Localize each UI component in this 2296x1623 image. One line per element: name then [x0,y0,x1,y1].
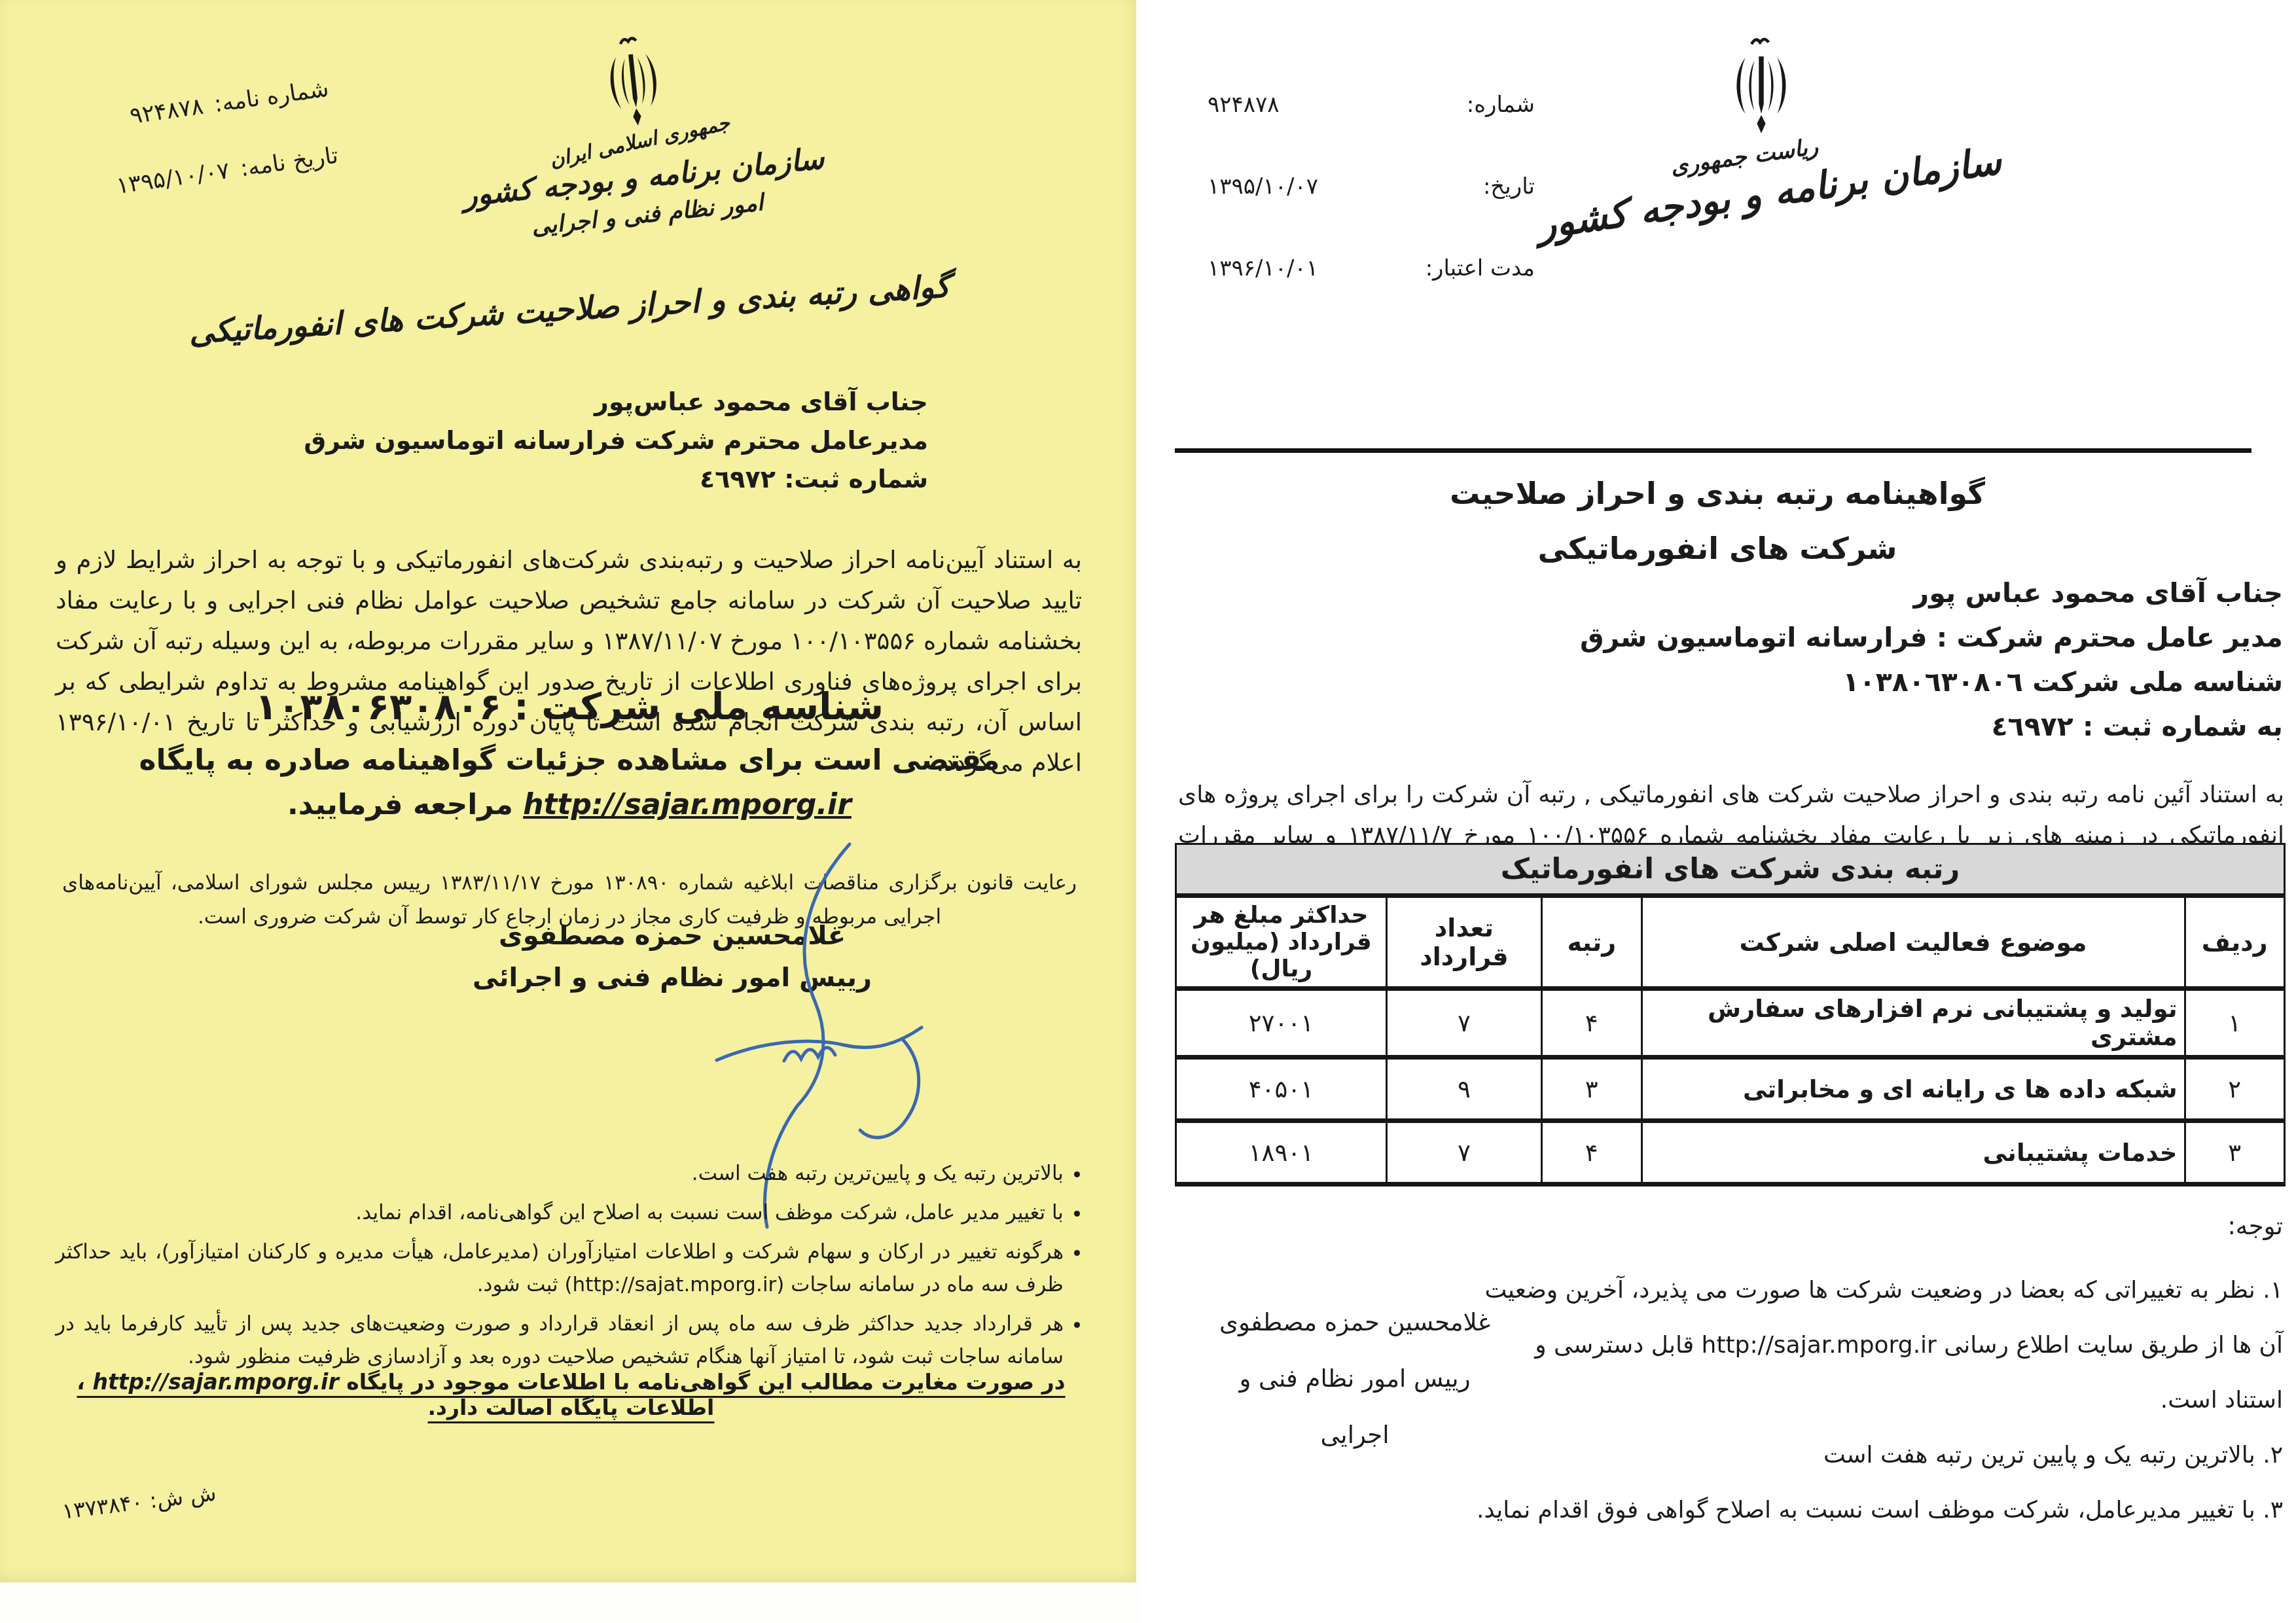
sajar-url: http://sajar.mporg.ir [523,788,852,821]
doc-date-value: ۱۳۹۵/۱۰/۰۷ [1208,173,1318,200]
condition-item: بالاترین رتبه یک و پایین‌ترین رتبه هفت ا… [56,1157,1064,1190]
registration-number-value: ٤٦٩٧٢ [700,465,776,493]
recipient-block: جناب آقای محمود عباس‌پور مدیرعامل محترم … [304,383,928,499]
view-details-line2: http://sajar.mporg.ir مراجعه فرمایید. [0,788,1139,821]
col-max-amount: حداکثر مبلغ هر قرارداد (میلیون ریال) [1176,896,1387,989]
signer-block: غلامحسین حمزه مصطفوی رییس امور نظام فنی … [1211,1294,1499,1463]
cell-row-number: ۳ [2185,1121,2284,1185]
condition-item: با تغییر مدیر عامل، شرکت موظف است نسبت ب… [56,1196,1064,1229]
scanned-certificates: شماره نامه: ۹۲۴۸۷۸ تاریخ نامه: ۱۳۹۵/۱۰/۰… [0,0,2296,1623]
table-row: ۲ شبکه داده ها ی رایانه ای و مخابراتی ۳ … [1176,1058,2285,1121]
iran-emblem-icon [594,29,672,133]
national-id-line: شناسه ملی شرکت ۱۰۳۸۰٦۳۰۸۰٦ [1580,660,2283,704]
condition-item: هر قرارداد جدید حداکثر ظرف سه ماه پس از … [56,1308,1064,1373]
cell-activity: تولید و پشتیبانی نرم افزارهای سفارش مشتر… [1641,989,2185,1058]
signer-title: رییس امور نظام فنی و اجرایی [1211,1351,1499,1463]
header-divider [1175,448,2251,453]
cell-max-amount: ۴۰۵۰۱ [1176,1058,1387,1121]
national-id-line: شناسه ملی شرکت : ۱۰۳۸۰۶۳۰۸۰۶ [0,686,1139,728]
cell-contract-count: ۷ [1386,1121,1541,1185]
cell-rank: ۳ [1542,1058,1641,1121]
table-caption: رتبه بندی شرکت های انفورماتیک [1175,843,2286,893]
note-item: ۳. با تغییر مدیرعامل، شرکت موظف است نسبت… [1471,1483,2283,1538]
doc-validity-row: ۱۳۹۶/۱۰/۰۱ مدت اعتبار: [1208,255,1535,337]
certificate-title: گواهینامه رتبه بندی و احراز صلاحیت شرکت … [1139,466,2296,576]
recipient-block: جناب آقای محمود عباس پور مدیر عامل محترم… [1580,571,2283,749]
title-line2: شرکت های انفورماتیکی [1139,521,2296,576]
letter-number-value: ۹۲۴۸۷۸ [124,94,205,130]
cell-max-amount: ۲۷۰۰۱ [1176,989,1387,1058]
col-contract-count: تعداد قرارداد [1386,896,1541,989]
view-details-suffix: مراجعه فرمایید. [287,788,513,821]
col-row-number: ردیف [2185,896,2284,989]
national-id-label: شناسه ملی شرکت : [514,686,884,728]
letter-number-label: شماره نامه: [209,76,331,118]
recipient-name: جناب آقای محمود عباس‌پور [304,383,928,421]
iran-emblem-icon [1725,33,1798,137]
recipient-role: مدیر عامل محترم شرکت : فرارسانه اتوماسیو… [1580,615,2283,660]
org-letterhead: جمهوری اسلامی ایران سازمان برنامه و بودج… [485,18,792,243]
recipient-name: جناب آقای محمود عباس پور [1580,571,2283,615]
document-meta: ۹۲۴۸۷۸ شماره: ۱۳۹۵/۱۰/۰۷ تاریخ: ۱۳۹۶/۱۰/… [1208,92,1535,337]
right-certificate-page: ۹۲۴۸۷۸ شماره: ۱۳۹۵/۱۰/۰۷ تاریخ: ۱۳۹۶/۱۰/… [1139,0,2296,1623]
registration-number-line: شماره ثبت: ٤٦٩٧٢ [304,460,928,499]
doc-validity-value: ۱۳۹۶/۱۰/۰۱ [1208,255,1318,281]
table-row: ۱ تولید و پشتیبانی نرم افزارهای سفارش مش… [1176,989,2285,1058]
signer-name: غلامحسین حمزه مصطفوی [473,915,872,957]
cell-rank: ۴ [1542,989,1641,1058]
note-item: ۱. نظر به تغییراتی که بعضا در وضعیت شرکت… [1471,1263,2283,1428]
cell-activity: خدمات پشتیبانی [1641,1121,2185,1185]
left-certificate-page: شماره نامه: ۹۲۴۸۷۸ تاریخ نامه: ۱۳۹۵/۱۰/۰… [0,0,1139,1623]
cell-rank: ۴ [1542,1121,1641,1185]
notes-list: ۱. نظر به تغییراتی که بعضا در وضعیت شرکت… [1471,1263,2283,1538]
col-activity: موضوع فعالیت اصلی شرکت [1641,896,2185,989]
authenticity-warning: در صورت مغایرت مطالب این گواهی‌نامه با ا… [62,1369,1080,1420]
notes-heading: توجه: [2227,1212,2283,1240]
registration-number-line: به شماره ثبت : ٤٦٩٧٢ [1580,704,2283,749]
recipient-role: مدیرعامل محترم شرکت فرارسانه اتوماسیون ش… [304,421,928,460]
cell-activity: شبکه داده ها ی رایانه ای و مخابراتی [1641,1058,2185,1121]
title-line1: گواهینامه رتبه بندی و احراز صلاحیت [1139,466,2296,521]
col-rank: رتبه [1542,896,1641,989]
cell-contract-count: ۷ [1386,989,1541,1058]
signer-title: رییس امور نظام فنی و اجرائی [473,957,872,999]
doc-number-label: شماره: [1467,92,1535,118]
doc-number-value: ۹۲۴۸۷۸ [1208,92,1280,118]
doc-date-row: ۱۳۹۵/۱۰/۰۷ تاریخ: [1208,173,1535,255]
letter-date-label: تاریخ نامه: [235,143,340,183]
sajar-url-footer: http://sajar.mporg.ir [92,1369,338,1395]
table-header-row: ردیف موضوع فعالیت اصلی شرکت رتبه تعداد ق… [1176,896,2285,989]
cell-contract-count: ۹ [1386,1058,1541,1121]
cell-row-number: ۱ [2185,989,2284,1058]
signer-block: غلامحسین حمزه مصطفوی رییس امور نظام فنی … [473,915,872,999]
doc-number-row: ۹۲۴۸۷۸ شماره: [1208,92,1535,173]
doc-validity-label: مدت اعتبار: [1426,255,1535,281]
cell-row-number: ۲ [2185,1058,2284,1121]
ranking-table-grid: ردیف موضوع فعالیت اصلی شرکت رتبه تعداد ق… [1175,893,2286,1186]
note-item: ۲. بالاترین رتبه یک و پایین ترین رتبه هف… [1471,1428,2283,1483]
cell-max-amount: ۱۸۹۰۱ [1176,1121,1387,1185]
registration-number-label: شماره ثبت: [784,465,928,493]
condition-item: هرگونه تغییر در ارکان و سهام شرکت و اطلا… [56,1236,1064,1301]
authenticity-pre: در صورت مغایرت مطالب این گواهی‌نامه با ا… [346,1369,1066,1395]
conditions-list: بالاترین رتبه یک و پایین‌ترین رتبه هفت ا… [56,1157,1088,1380]
letter-date-value: ۱۳۹۵/۱۰/۰۷ [111,158,231,200]
ranking-table: رتبه بندی شرکت های انفورماتیک ردیف موضوع… [1175,843,2286,1186]
national-id-value: ۱۰۳۸۰۶۳۰۸۰۶ [255,686,501,728]
signer-name: غلامحسین حمزه مصطفوی [1211,1294,1499,1351]
table-row: ۳ خدمات پشتیبانی ۴ ۷ ۱۸۹۰۱ [1176,1121,2285,1185]
view-details-line1: مقتضی است برای مشاهده جزئیات گواهینامه ص… [0,743,1139,777]
